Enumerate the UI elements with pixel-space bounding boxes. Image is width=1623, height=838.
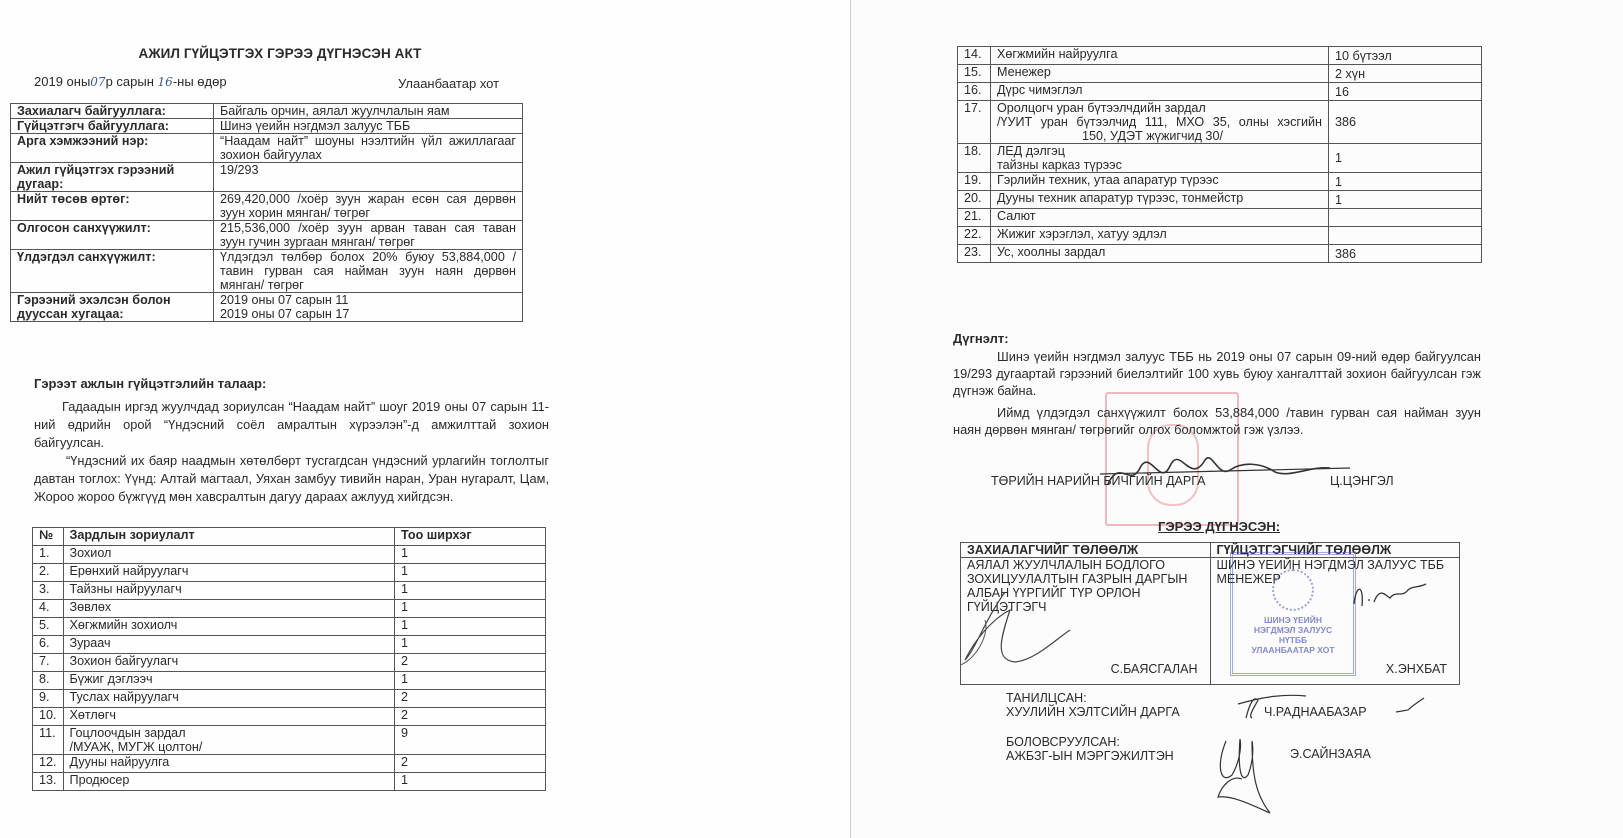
acknowledged-label: ТАНИЛЦСАН: [1006,691,1087,705]
prepared-label: БОЛОВСРУУЛСАН: [1006,735,1120,749]
row-number: 10. [33,708,64,726]
row-quantity: 2 [395,654,546,672]
conclusion-paragraph-2: Иймд үлдэгдэл санхүүжилт болох 53,884,00… [953,404,1481,438]
info-label: Гүйцэтгэгч байгууллага: [11,119,214,134]
row-quantity: 2 [395,708,546,726]
info-value: 19/293 [214,163,523,192]
row-description: ЛЕД дэлгэцтайзны карказ түрээс [991,144,1329,173]
info-row: Арга хэмжээний нэр:“Наадам найт” шоуны н… [11,134,523,163]
table-row: 12.Дууны найруулга2 [33,755,546,773]
info-label: Арга хэмжээний нэр: [11,134,214,163]
row-number: 9. [33,690,64,708]
client-signature-icon [955,590,1075,670]
row-description: Менежер [991,65,1329,83]
row-number: 17. [958,101,991,144]
paragraph-1: Гадаадын иргэд жуулчдад зориулсан “Наада… [34,398,549,452]
info-label: Гэрээний эхэлсэн болон дууссан хугацаа: [11,293,214,322]
document-page-left: АЖИЛ ГҮЙЦЭТГЭХ ГЭРЭЭ ДҮГНЭСЭН АКТ 2019 о… [0,0,850,838]
agreed-heading: ГЭРЭЭ ДҮГНЭСЭН: [1158,519,1280,534]
info-label: Олгосон санхүүжилт: [11,221,214,250]
row-quantity: 1 [1329,144,1482,173]
table-row: 3.Тайзны найруулагч1 [33,582,546,600]
row-description: Хөгжмийн зохиолч [63,618,394,636]
row-description-line: Зураач [70,636,388,650]
row-number: 18. [958,144,991,173]
row-description: Зураач [63,636,394,654]
acknowledged-title: ХУУЛИЙН ХЭЛТСИЙН ДАРГА [1006,705,1180,719]
row-quantity: 9 [395,726,546,755]
row-quantity: 2 [395,690,546,708]
row-description: Тайзны найруулагч [63,582,394,600]
row-number: 12. [33,755,64,773]
table-row: 14.Хөгжмийн найруулга10 бүтээл [958,47,1482,65]
info-value: 2019 оны 07 сарын 112019 оны 07 сарын 17 [214,293,523,322]
row-quantity: 1 [395,636,546,654]
table-row: 2.Ерөнхий найруулагч1 [33,564,546,582]
row-quantity: 2 хүн [1329,65,1482,83]
row-description-line: Продюсер [70,773,388,787]
document-title: АЖИЛ ГҮЙЦЭТГЭХ ГЭРЭЭ ДҮГНЭСЭН АКТ [0,46,560,61]
acknowledged-signature-icon [1236,692,1426,722]
date-day-suffix: -ны өдөр [173,74,227,89]
row-description: Дууны найруулга [63,755,394,773]
row-description-line: 150, УДЭТ жүжигчид 30/ [997,129,1322,143]
row-description-line: Тайзны найруулагч [70,582,388,596]
row-description: Зохион байгуулагч [63,654,394,672]
info-value: Байгаль орчин, аялал жуулчлалын яам [214,104,523,119]
row-number: 8. [33,672,64,690]
info-row: Гүйцэтгэгч байгууллага:Шинэ үеийн нэгдмэ… [11,119,523,134]
table-row: 11.Гоцлоочдын зардал/МУАЖ, МУГЖ цолтон/9 [33,726,546,755]
row-number: 11. [33,726,64,755]
row-description-line: Хөгжмийн найруулга [997,47,1322,61]
row-description-line: Менежер [997,65,1322,79]
text-line: НҮТББ [1233,635,1353,645]
conclusion-heading: Дүгнэлт: [953,331,1009,346]
row-description-line: Гоцлоочдын зардал [70,726,388,740]
row-description-line: тайзны карказ түрээс [997,158,1322,172]
row-description: Зөвлөх [63,600,394,618]
text-line: НЭГДМЭЛ ЗАЛУУС [1233,625,1353,635]
row-number: 1. [33,546,64,564]
row-quantity: 1 [395,564,546,582]
info-label: Үлдэгдэл санхүүжилт: [11,250,214,293]
row-quantity: 386 [1329,101,1482,144]
row-description: Жижиг хэрэглэл, хатуу эдлэл [991,227,1329,245]
row-number: 6. [33,636,64,654]
row-description: Ерөнхий найруулагч [63,564,394,582]
row-description: Оролцогч уран бүтээлчдийн зардал/ҮУИТ ур… [991,101,1329,144]
row-description-line: Оролцогч уран бүтээлчдийн зардал [997,101,1322,115]
row-quantity: 16 [1329,83,1482,101]
column-header-purpose: Зардлын зориулалт [63,528,394,546]
secretary-signature-icon [1100,448,1360,498]
row-description-line: Салют [997,209,1322,223]
table-row: 9.Туслах найруулагч2 [33,690,546,708]
column-header-quantity: Тоо ширхэг [395,528,546,546]
info-value: 269,420,000 /хоёр зуун жаран есөн сая дө… [214,192,523,221]
row-description: Дууны техник апаратур түрээс, тонмейстр [991,191,1329,209]
table-row: 16.Дүрс чимэглэл16 [958,83,1482,101]
row-number: 4. [33,600,64,618]
table-row: 15.Менежер2 хүн [958,65,1482,83]
table-row: 8.Бүжиг дэглээч1 [33,672,546,690]
row-quantity [1329,227,1482,245]
column-header-number: № [33,528,64,546]
row-description-line: Бүжиг дэглээч [70,672,388,686]
info-row: Үлдэгдэл санхүүжилт:Үлдэгдэл төлбөр боло… [11,250,523,293]
row-quantity: 2 [395,755,546,773]
row-quantity: 1 [395,600,546,618]
row-number: 19. [958,173,991,191]
expense-items-table: № Зардлын зориулалт Тоо ширхэг 1.Зохиол1… [32,527,546,791]
table-row: 4.Зөвлөх1 [33,600,546,618]
row-number: 16. [958,83,991,101]
row-description-line: Дууны техник апаратур түрээс, тонмейстр [997,191,1322,205]
text-line: АЯЛАЛ ЖУУЛЧЛАЛЫН БОДЛОГО [967,558,1204,572]
info-row: Олгосон санхүүжилт:215,536,000 /хоёр зуу… [11,221,523,250]
paragraph-2: “Үндэсний их баяр наадмын хөтөлбөрт тусг… [34,452,549,506]
table-header-row: № Зардлын зориулалт Тоо ширхэг [33,528,546,546]
row-number: 21. [958,209,991,227]
row-description-line: Зохиол [70,546,388,560]
row-quantity: 1 [395,618,546,636]
table-row: 18.ЛЕД дэлгэцтайзны карказ түрээс1 [958,144,1482,173]
row-description-line: Зохион байгуулагч [70,654,388,668]
info-value: Шинэ үеийн нэгдмэл залуус ТББ [214,119,523,134]
info-value: “Наадам найт” шоуны нээлтийн үйл ажиллаг… [214,134,523,163]
row-description: Зохиол [63,546,394,564]
row-description: Гэрлийн техник, утаа апаратур түрээс [991,173,1329,191]
row-description: Салют [991,209,1329,227]
info-row: Захиалагч байгууллага:Байгаль орчин, аял… [11,104,523,119]
row-quantity: 386 [1329,245,1482,263]
contract-info-table: Захиалагч байгууллага:Байгаль орчин, аял… [10,103,523,322]
document-date: 2019 оны07р сарын 16-ны өдөр [34,74,227,89]
table-row: 23.Ус, хоолны зардал386 [958,245,1482,263]
table-row: 17.Оролцогч уран бүтээлчдийн зардал/ҮУИТ… [958,101,1482,144]
row-description-line: Зөвлөх [70,600,388,614]
row-description: Хөтлөгч [63,708,394,726]
row-quantity: 1 [1329,173,1482,191]
row-description: Туслах найруулагч [63,690,394,708]
stamp-text: ШИНЭ ҮЕИЙННЭГДМЭЛ ЗАЛУУСНҮТББУЛААНБААТАР… [1233,615,1353,655]
row-number: 20. [958,191,991,209]
row-description-line: /ҮУИТ уран бүтээлчид 111, МХО 35, олны х… [997,115,1322,129]
table-row: 22.Жижиг хэрэглэл, хатуу эдлэл [958,227,1482,245]
info-value-line: 2019 оны 07 сарын 11 [220,293,516,307]
info-value: Үлдэгдэл төлбөр болох 20% буюу 53,884,00… [214,250,523,293]
organization-logo-icon [1272,569,1314,611]
row-description-line: Жижиг хэрэглэл, хатуу эдлэл [997,227,1322,241]
row-number: 7. [33,654,64,672]
row-quantity: 1 [1329,191,1482,209]
prepared-title: АЖБЗГ-ЫН МЭРГЭЖИЛТЭН [1006,749,1174,763]
row-description-line: Гэрлийн техник, утаа апаратур түрээс [997,173,1322,187]
info-value: 215,536,000 /хоёр зуун арван таван сая т… [214,221,523,250]
table-row: 20.Дууны техник апаратур түрээс, тонмейс… [958,191,1482,209]
row-quantity: 10 бүтээл [1329,47,1482,65]
row-description-line: Ерөнхий найруулагч [70,564,388,578]
row-number: 2. [33,564,64,582]
row-number: 3. [33,582,64,600]
row-quantity: 1 [395,672,546,690]
row-quantity: 1 [395,582,546,600]
table-row: 1.Зохиол1 [33,546,546,564]
info-row: Нийт төсөв өртөг:269,420,000 /хоёр зуун … [11,192,523,221]
table-row: 6.Зураач1 [33,636,546,654]
client-representative-name: С.БАЯСГАЛАН [1111,662,1198,676]
row-description-line: /МУАЖ, МУГЖ цолтон/ [70,740,388,754]
row-quantity [1329,209,1482,227]
info-row: Ажил гүйцэтгэх гэрээний дугаар:19/293 [11,163,523,192]
row-number: 15. [958,65,991,83]
table-row: 5.Хөгжмийн зохиолч1 [33,618,546,636]
row-number: 14. [958,47,991,65]
row-description-line: Дүрс чимэглэл [997,83,1322,97]
date-year-prefix: 2019 оны [34,74,90,89]
row-description-line: Хөгжмийн зохиолч [70,618,388,632]
contractor-representative-name: Х.ЭНХБАТ [1386,662,1447,676]
row-number: 22. [958,227,991,245]
row-description-line: ЛЕД дэлгэц [997,144,1322,158]
date-day-handwritten: 16 [158,75,173,89]
table-row: 19.Гэрлийн техник, утаа апаратур түрээс1 [958,173,1482,191]
contractor-signature-icon [1350,580,1430,610]
info-label: Ажил гүйцэтгэх гэрээний дугаар: [11,163,214,192]
row-number: 5. [33,618,64,636]
section-heading: Гэрээт ажлын гүйцэтгэлийн талаар: [34,376,266,391]
row-description: Бүжиг дэглээч [63,672,394,690]
prepared-name: Э.САЙНЗАЯА [1290,747,1371,761]
row-description: Продюсер [63,773,394,791]
info-label: Нийт төсөв өртөг: [11,192,214,221]
row-description-line: Хөтлөгч [70,708,388,722]
row-number: 13. [33,773,64,791]
document-city: Улаанбаатар хот [398,76,499,91]
text-line: ШИНЭ ҮЕИЙН [1233,615,1353,625]
text-line: ЗОХИЦУУЛАЛТЫН ГАЗРЫН ДАРГЫН [967,572,1204,586]
text-line: УЛААНБААТАР ХОТ [1233,645,1353,655]
table-row: 21.Салют [958,209,1482,227]
client-representative-header: ЗАХИАЛАГЧИЙГ ТӨЛӨӨЛЖ [961,543,1211,558]
date-month-suffix: р сарын [106,74,154,89]
expense-items-table-continued: 14.Хөгжмийн найруулга10 бүтээл15.Менежер… [957,46,1482,263]
table-row: 10.Хөтлөгч2 [33,708,546,726]
row-description-line: Туслах найруулагч [70,690,388,704]
conclusion-paragraph-1: Шинэ үеийн нэгдмэл залуус ТББ нь 2019 он… [953,348,1481,399]
date-month-handwritten: 07 [90,75,105,89]
info-value-line: 2019 оны 07 сарын 17 [220,307,516,321]
row-description-line: Ус, хоолны зардал [997,245,1322,259]
prepared-signature-icon [1212,735,1282,825]
blue-organization-stamp: ШИНЭ ҮЕИЙННЭГДМЭЛ ЗАЛУУСНҮТББУЛААНБААТАР… [1230,552,1356,676]
row-number: 23. [958,245,991,263]
row-description: Ус, хоолны зардал [991,245,1329,263]
row-description: Дүрс чимэглэл [991,83,1329,101]
row-description: Гоцлоочдын зардал/МУАЖ, МУГЖ цолтон/ [63,726,394,755]
table-row: 7.Зохион байгуулагч2 [33,654,546,672]
row-quantity: 1 [395,546,546,564]
info-label: Захиалагч байгууллага: [11,104,214,119]
row-description: Хөгжмийн найруулга [991,47,1329,65]
table-row: 13.Продюсер1 [33,773,546,791]
info-row: Гэрээний эхэлсэн болон дууссан хугацаа:2… [11,293,523,322]
row-quantity: 1 [395,773,546,791]
row-description-line: Дууны найруулга [70,755,388,769]
